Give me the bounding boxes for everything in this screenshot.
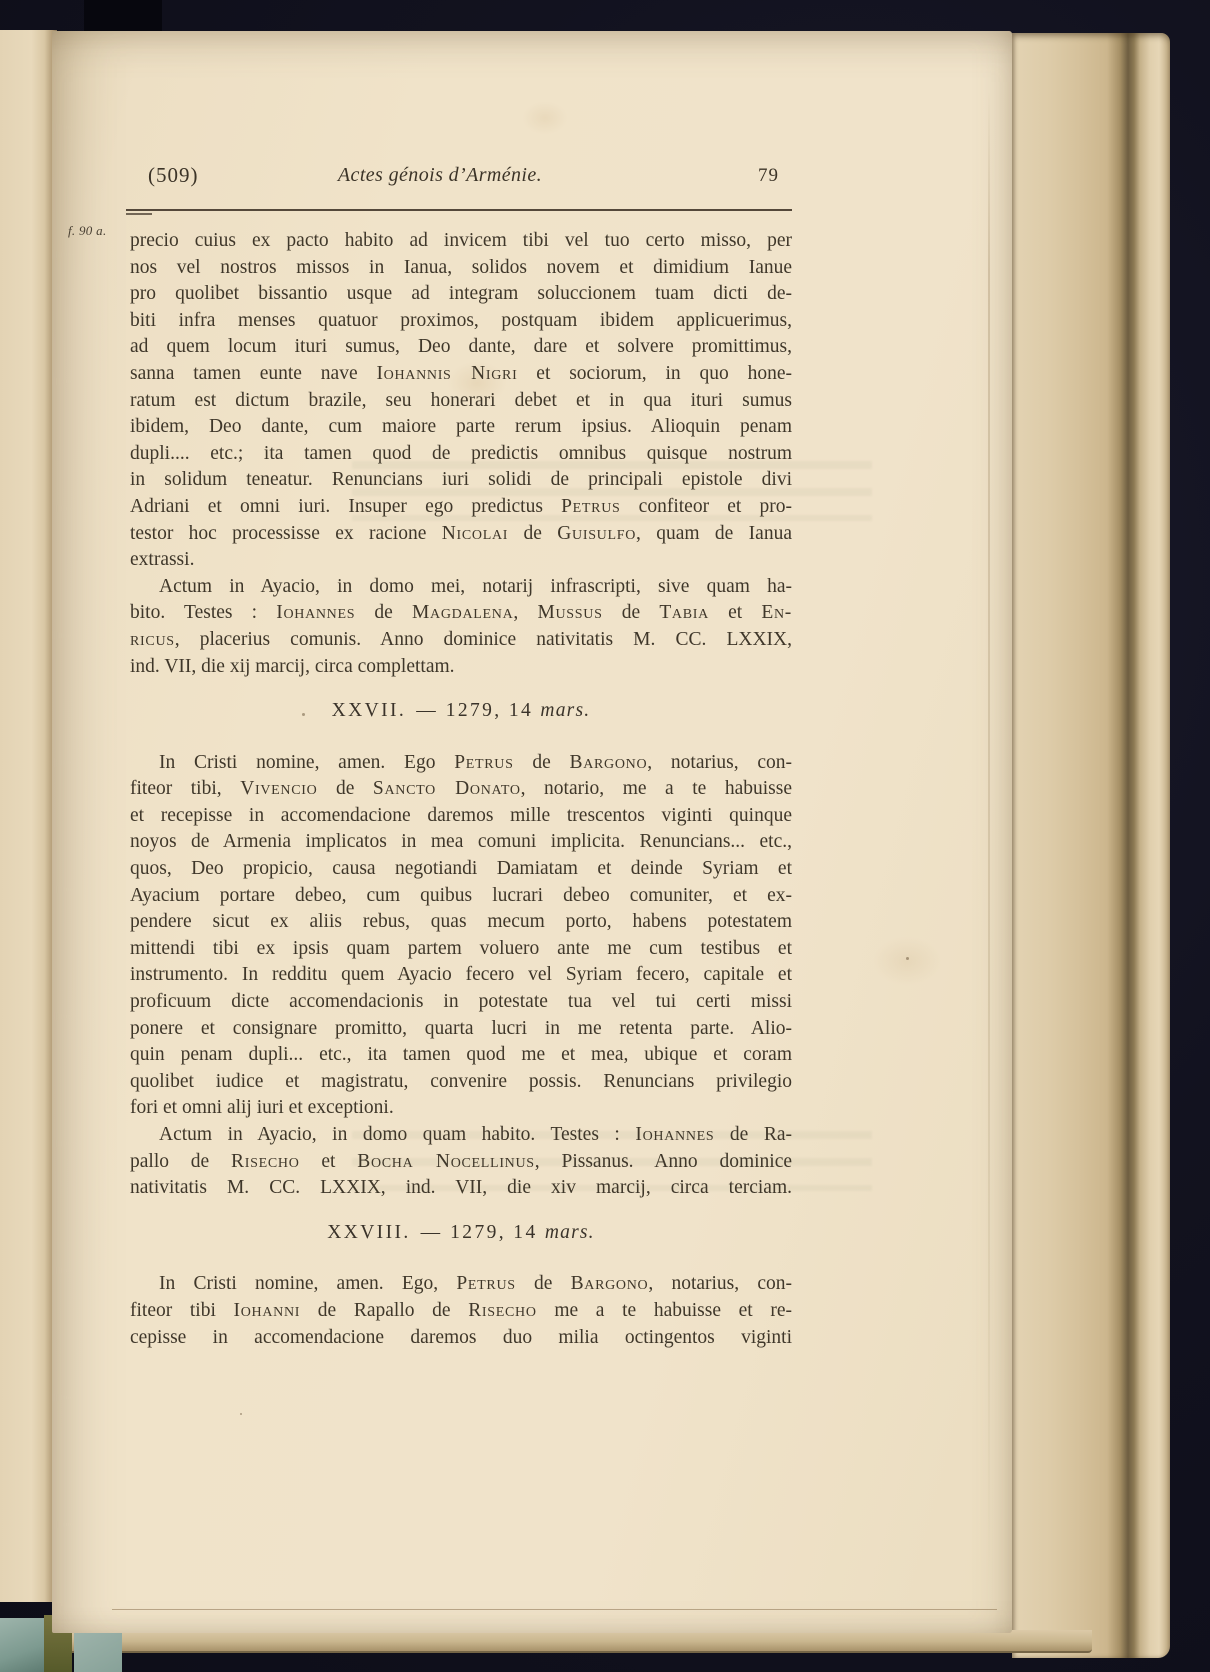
text-segment: de <box>508 523 557 544</box>
text-line: Actum in Ayacio, in domo quam habito. Te… <box>130 1122 792 1149</box>
heading-date: 1279, 14 <box>446 700 541 721</box>
deckle-edge <box>988 91 990 1591</box>
text-segment: sanna tamen eunte nave <box>130 363 376 384</box>
text-line: mittendi tibi ex ipsis quam partem volue… <box>130 936 792 963</box>
text-line: in solidum teneatur. Renuncians iuri sol… <box>130 467 792 494</box>
text-line: quolibet iudice et magistratu, convenire… <box>130 1069 792 1096</box>
header-rule-dash <box>126 213 152 215</box>
small-caps-name: Iohannes <box>635 1124 714 1145</box>
text-segment: mittendi tibi ex ipsis quam partem volue… <box>130 938 792 959</box>
text-line: In Cristi nomine, amen. Ego, Petrus de B… <box>130 1271 792 1298</box>
text-segment: de <box>514 752 570 773</box>
text-segment: Actum in Ayacio, in domo quam habito. Te… <box>159 1124 635 1145</box>
small-caps-name: En- <box>761 602 792 623</box>
text-line: instrumento. In redditu quem Ayacio fece… <box>130 962 792 989</box>
small-caps-name: Bargono <box>570 752 648 773</box>
small-caps-name: Tabia <box>659 602 709 623</box>
text-segment: , notarius, con- <box>647 752 792 773</box>
text-line: quin penam dupli... etc., ita tamen quod… <box>130 1042 792 1069</box>
text-segment: Adriani et omni iuri. Insuper ego predic… <box>130 496 561 517</box>
text-segment: In Cristi nomine, amen. Ego <box>159 752 454 773</box>
text-line: ibidem, Deo dante, cum maiore parte reru… <box>130 414 792 441</box>
small-caps-name: Iohanni <box>234 1300 301 1321</box>
text-segment: testor hoc processisse ex racione <box>130 523 442 544</box>
text-segment: proficuum dicte accomendacionis in potes… <box>130 991 792 1012</box>
text-segment: , placerius comunis. Anno dominice nativ… <box>175 629 792 650</box>
page-number: 79 <box>758 165 779 187</box>
text-line: extrassi. <box>130 547 792 574</box>
text-segment: In Cristi nomine, amen. Ego, <box>159 1273 456 1294</box>
small-caps-name: Bargono <box>571 1273 649 1294</box>
page-stack-bottom <box>58 1630 1092 1653</box>
small-caps-name: Magdalena <box>412 602 513 623</box>
text-line: fiteor tibi, Vivencio de Sancto Donato, … <box>130 776 792 803</box>
text-segment: de Rapallo de <box>300 1300 468 1321</box>
text-line: pendere sicut ex aliis rebus, quas mecum… <box>130 909 792 936</box>
text-line: nos vel nostros missos in Ianua, solidos… <box>130 255 792 282</box>
text-segment: quin penam dupli... etc., ita tamen quod… <box>130 1044 792 1065</box>
text-line: quos, Deo propicio, causa negotiandi Dam… <box>130 856 792 883</box>
text-segment: fiteor tibi, <box>130 778 240 799</box>
text-segment: ad quem locum ituri sumus, Deo dante, da… <box>130 336 792 357</box>
text-segment: biti infra menses quatuor proximos, post… <box>130 310 792 331</box>
text-line: cepisse in accomendacione daremos duo mi… <box>130 1325 792 1352</box>
text-segment: ponere et consignare promitto, quarta lu… <box>130 1018 792 1039</box>
heading-dash: — <box>421 1222 441 1243</box>
text-line: fiteor tibi Iohanni de Rapallo de Risech… <box>130 1298 792 1325</box>
text-segment: nos vel nostros missos in Ianua, solidos… <box>130 257 792 278</box>
text-segment: ibidem, Deo dante, cum maiore parte reru… <box>130 416 792 437</box>
small-caps-name: Iohannes <box>276 602 355 623</box>
bottom-crease <box>112 1609 997 1610</box>
text-line: ponere et consignare promitto, quarta lu… <box>130 1016 792 1043</box>
small-caps-name: ricus <box>130 629 175 650</box>
text-line: nativitatis M. CC. LXXIX, ind. VII, die … <box>130 1175 792 1202</box>
page-stack-right <box>1012 33 1170 1658</box>
section-heading: XXVIII.—1279, 14 mars. <box>130 1220 792 1247</box>
text-line: ratum est dictum brazile, seu honerari d… <box>130 388 792 415</box>
running-title: Actes génois d’Arménie. <box>130 164 750 187</box>
text-segment: quos, Deo propicio, causa negotiandi Dam… <box>130 858 792 879</box>
scanned-page: (509) Actes génois d’Arménie. 79 f. 90 a… <box>52 31 1012 1633</box>
text-line: dupli.... etc.; ita tamen quod de predic… <box>130 441 792 468</box>
text-line: ad quem locum ituri sumus, Deo dante, da… <box>130 334 792 361</box>
folio-margin-note: f. 90 a. <box>68 223 107 239</box>
text-line: ricus, placerius comunis. Anno dominice … <box>130 627 792 654</box>
small-caps-name: Iohannis Nigri <box>376 363 517 384</box>
ink-speck <box>240 1413 242 1415</box>
text-segment: , quam de Ianua <box>636 523 792 544</box>
text-line: Ayacium portare debeo, cum quibus lucrar… <box>130 883 792 910</box>
text-line: noyos de Armenia implicatos in mea comun… <box>130 829 792 856</box>
text-segment: Actum in Ayacio, in domo mei, notarij in… <box>159 576 792 597</box>
text-segment: de <box>355 602 412 623</box>
text-segment: et <box>300 1151 358 1172</box>
text-line: bito. Testes : Iohannes de Magdalena, Mu… <box>130 600 792 627</box>
heading-numeral: XXVIII. <box>327 1222 410 1243</box>
heading-dash: — <box>416 700 436 721</box>
text-segment: et <box>709 602 761 623</box>
text-segment: , notario, me a te habuisse <box>521 778 792 799</box>
text-segment: precio cuius ex pacto habito ad invicem … <box>130 230 792 251</box>
small-caps-name: Bocha Nocellinus <box>357 1151 535 1172</box>
text-segment: pro quolibet bissantio usque ad integram… <box>130 283 792 304</box>
text-line: et recepisse in accomendacione daremos m… <box>130 803 792 830</box>
text-line: In Cristi nomine, amen. Ego Petrus de Ba… <box>130 750 792 777</box>
header-rule <box>126 209 792 211</box>
paper-stain <box>522 101 568 135</box>
text-line: biti infra menses quatuor proximos, post… <box>130 308 792 335</box>
small-caps-name: Guisulfo <box>557 523 636 544</box>
text-segment: de <box>603 602 660 623</box>
text-segment: extrassi. <box>130 549 194 570</box>
book-scan: (509) Actes génois d’Arménie. 79 f. 90 a… <box>0 0 1210 1672</box>
text-segment: de <box>317 778 372 799</box>
small-caps-name: Petrus <box>456 1273 515 1294</box>
text-segment: dupli.... etc.; ita tamen quod de predic… <box>130 443 792 464</box>
text-segment: de Ra- <box>714 1124 792 1145</box>
text-line: Adriani et omni iuri. Insuper ego predic… <box>130 494 792 521</box>
text-segment: , notarius, con- <box>648 1273 792 1294</box>
text-line: sanna tamen eunte nave Iohannis Nigri et… <box>130 361 792 388</box>
text-segment: fori et omni alij iuri et exceptioni. <box>130 1097 394 1118</box>
text-line: ind. VII, die xij marcij, circa complett… <box>130 654 792 681</box>
small-caps-name: Vivencio <box>240 778 317 799</box>
paragraph: Actum in Ayacio, in domo quam habito. Te… <box>130 1122 792 1202</box>
heading-date: 1279, 14 <box>450 1222 545 1243</box>
text-segment: instrumento. In redditu quem Ayacio fece… <box>130 964 792 985</box>
endpaper-fragment <box>0 1618 46 1672</box>
text-segment: nativitatis M. CC. LXXIX, ind. VII, die … <box>130 1177 792 1198</box>
text-segment: cepisse in accomendacione daremos duo mi… <box>130 1327 792 1348</box>
text-segment: me a te habuisse et re- <box>537 1300 792 1321</box>
heading-numeral: XXVII. <box>332 700 407 721</box>
text-line: Actum in Ayacio, in domo mei, notarij in… <box>130 574 792 601</box>
text-segment: fiteor tibi <box>130 1300 234 1321</box>
paragraph: In Cristi nomine, amen. Ego, Petrus de B… <box>130 1271 792 1351</box>
text-segment: et sociorum, in quo hone- <box>517 363 792 384</box>
text-line: testor hoc processisse ex racione Nicola… <box>130 521 792 548</box>
small-caps-name: Nicolai <box>442 523 508 544</box>
heading-month: mars. <box>540 700 590 721</box>
text-line: proficuum dicte accomendacionis in potes… <box>130 989 792 1016</box>
small-caps-name: Petrus <box>454 752 513 773</box>
text-segment: , Pissanus. Anno dominice <box>535 1151 792 1172</box>
heading-month: mars. <box>545 1222 595 1243</box>
text-segment: quolibet iudice et magistratu, convenire… <box>130 1071 792 1092</box>
text-segment: et recepisse in accomendacione daremos m… <box>130 805 792 826</box>
small-caps-name: Petrus <box>561 496 620 517</box>
text-segment: bito. Testes : <box>130 602 276 623</box>
text-segment: pendere sicut ex aliis rebus, quas mecum… <box>130 911 792 932</box>
page-body: precio cuius ex pacto habito ad invicem … <box>130 228 792 1351</box>
text-segment: noyos de Armenia implicatos in mea comun… <box>130 831 792 852</box>
text-segment: , <box>513 602 537 623</box>
text-segment: pallo de <box>130 1151 231 1172</box>
text-line: pro quolibet bissantio usque ad integram… <box>130 281 792 308</box>
ink-speck <box>906 957 909 960</box>
text-segment: ratum est dictum brazile, seu honerari d… <box>130 390 792 411</box>
page-header: (509) Actes génois d’Arménie. 79 <box>130 161 792 195</box>
text-segment: ind. VII, die xij marcij, circa complett… <box>130 656 455 677</box>
paragraph: In Cristi nomine, amen. Ego Petrus de Ba… <box>130 750 792 1122</box>
paragraph: Actum in Ayacio, in domo mei, notarij in… <box>130 574 792 680</box>
small-caps-name: Risecho <box>468 1300 536 1321</box>
text-segment: Ayacium portare debeo, cum quibus lucrar… <box>130 885 792 906</box>
text-segment: de <box>516 1273 571 1294</box>
section-heading: XXVII.—1279, 14 mars. <box>130 698 792 725</box>
text-line: pallo de Risecho et Bocha Nocellinus, Pi… <box>130 1149 792 1176</box>
paper-stain <box>872 936 942 986</box>
facing-page-edge <box>0 30 57 1602</box>
text-segment: in solidum teneatur. Renuncians iuri sol… <box>130 469 792 490</box>
text-line: fori et omni alij iuri et exceptioni. <box>130 1095 792 1122</box>
small-caps-name: Sancto Donato <box>373 778 521 799</box>
text-line: precio cuius ex pacto habito ad invicem … <box>130 228 792 255</box>
small-caps-name: Risecho <box>231 1151 299 1172</box>
small-caps-name: Mussus <box>537 602 602 623</box>
paragraph: precio cuius ex pacto habito ad invicem … <box>130 228 792 574</box>
text-segment: confiteor et pro- <box>621 496 793 517</box>
